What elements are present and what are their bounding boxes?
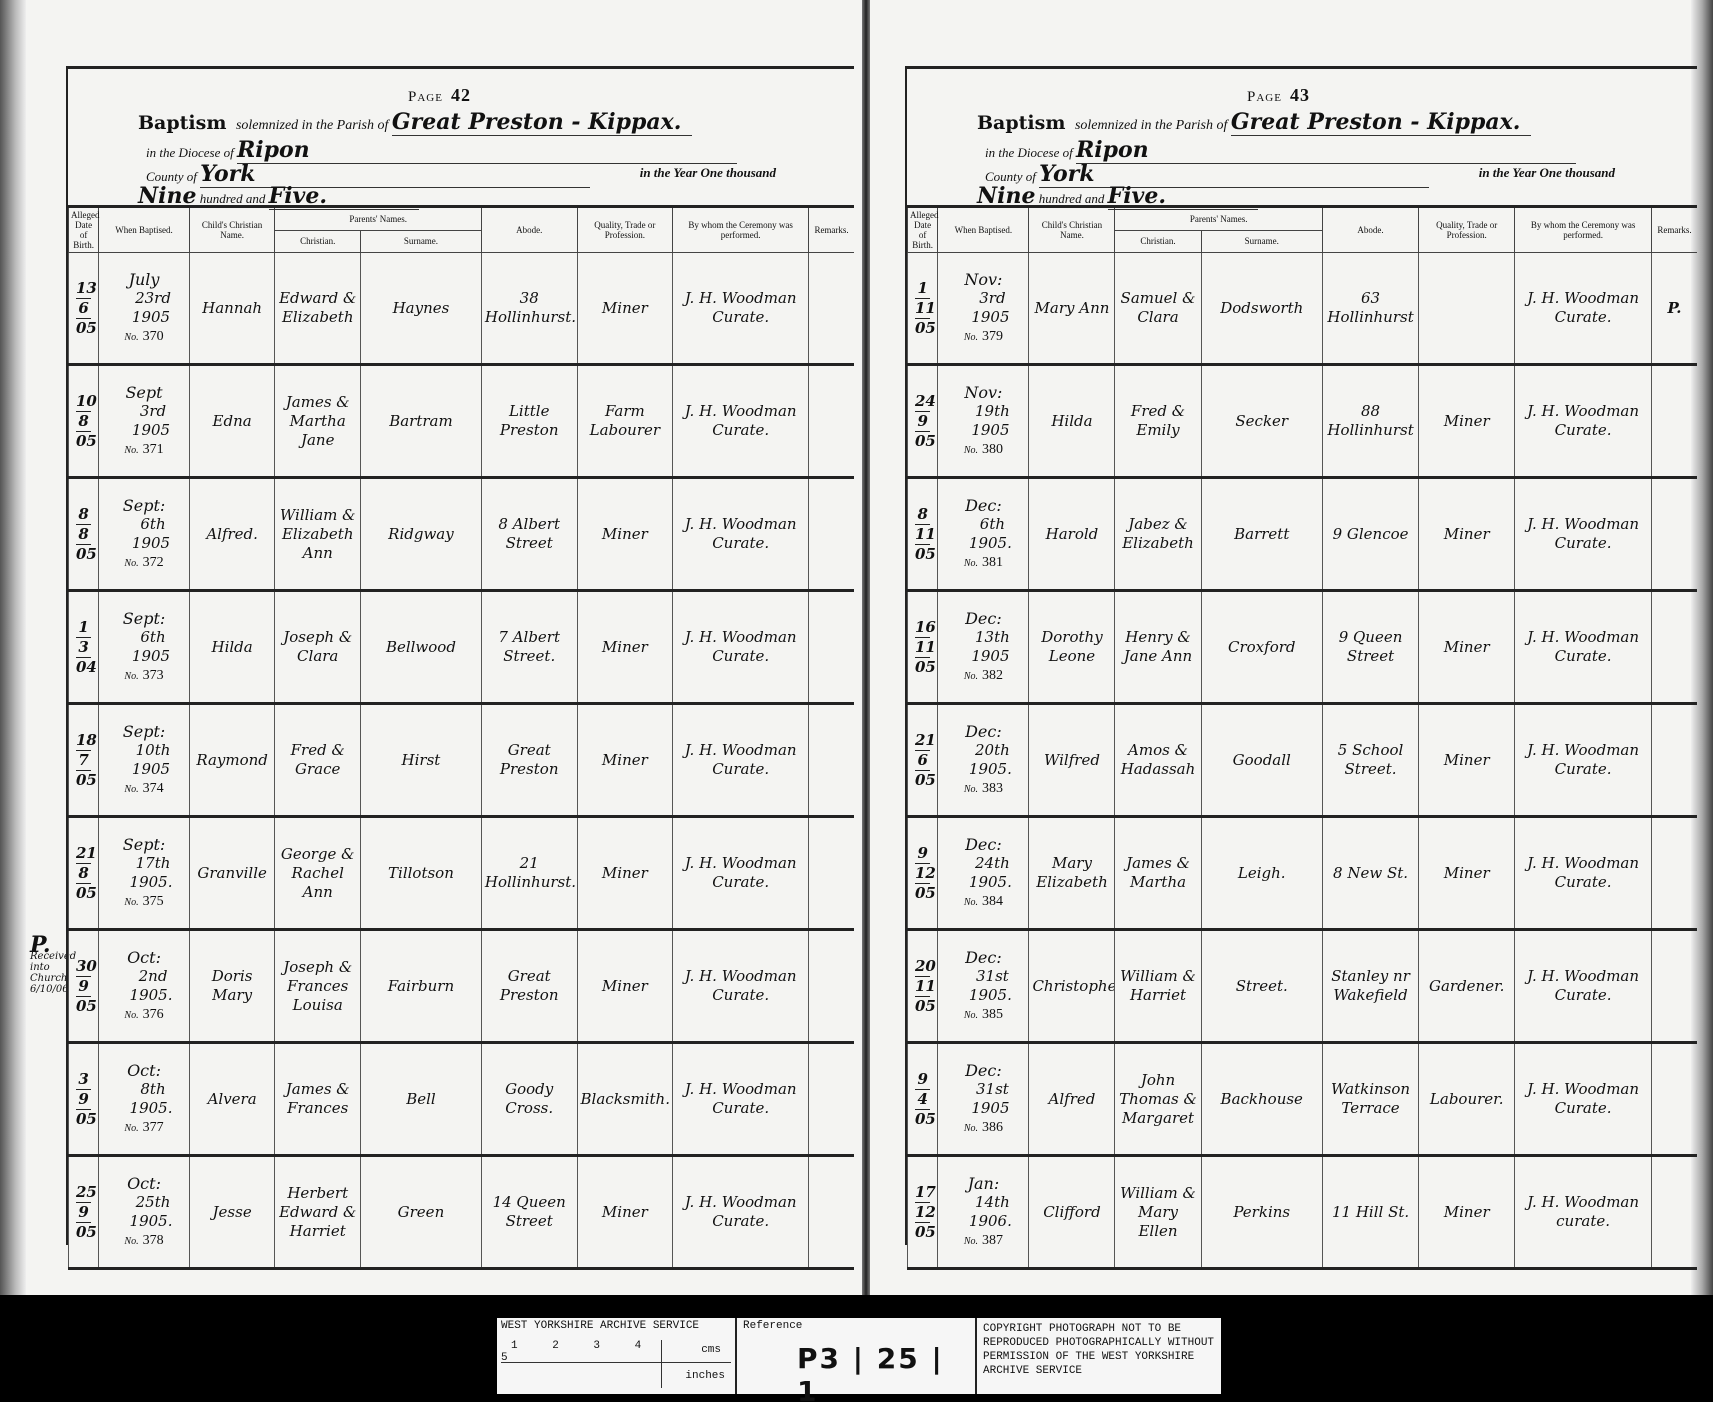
when-baptised-cell: Oct: 2nd 1905. No.376 bbox=[99, 930, 190, 1043]
entry-number-value: 377 bbox=[143, 1120, 164, 1135]
dob-cell: 1 3 04 bbox=[69, 591, 99, 704]
col-parents: Parents' Names. bbox=[275, 207, 481, 231]
book-gutter bbox=[862, 0, 870, 1295]
baptism-year: 1905 bbox=[102, 534, 186, 553]
diocese-value: Ripon bbox=[1076, 137, 1576, 164]
officiant-cell: J. H. Woodman Curate. bbox=[1515, 591, 1652, 704]
dob-year: 05 bbox=[915, 658, 930, 677]
abode-cell: 38 Hollinhurst. bbox=[481, 253, 577, 365]
entry-number: No.375 bbox=[102, 892, 186, 912]
table-row: 20 11 05 Dec: 31st 1905. No.385 Christop… bbox=[908, 930, 1698, 1043]
baptism-month: Sept: bbox=[102, 609, 186, 628]
abode-cell: Great Preston bbox=[481, 930, 577, 1043]
dob-cell: 20 11 05 bbox=[908, 930, 938, 1043]
baptism-day: 24th bbox=[941, 854, 1025, 873]
child-name-cell: Alvera bbox=[189, 1043, 275, 1156]
child-name-cell: Alfred bbox=[1029, 1043, 1115, 1156]
parents-christian-cell: George & Rachel Ann bbox=[275, 817, 361, 930]
baptism-day: 10th bbox=[102, 741, 186, 760]
dob-month: 3 bbox=[76, 638, 91, 658]
abode-cell: 8 New St. bbox=[1322, 817, 1418, 930]
trade-cell: Miner bbox=[1419, 1156, 1515, 1269]
entry-number-value: 372 bbox=[143, 555, 164, 570]
trade-cell: Miner bbox=[577, 253, 673, 365]
year-label: in the Year One thousand bbox=[1479, 165, 1615, 181]
surname-cell: Hirst bbox=[361, 704, 482, 817]
baptism-year: 1905. bbox=[102, 986, 186, 1005]
dob-day: 8 bbox=[76, 505, 91, 525]
child-name-cell: Jesse bbox=[189, 1156, 275, 1269]
col-surname: Surname. bbox=[1201, 230, 1322, 252]
parents-christian-cell: William & Elizabeth Ann bbox=[275, 478, 361, 591]
dob-year: 05 bbox=[915, 1110, 930, 1129]
dob-day: 30 bbox=[76, 957, 91, 977]
dob-month: 11 bbox=[915, 638, 930, 658]
dob-year: 05 bbox=[915, 884, 930, 903]
scale-ruler: 1 2 3 4 5 bbox=[501, 1340, 662, 1388]
remarks-cell bbox=[809, 1043, 854, 1156]
dob-day: 8 bbox=[915, 505, 930, 525]
officiant-cell: J. H. Woodman Curate. bbox=[1515, 930, 1652, 1043]
remarks-cell bbox=[1651, 1156, 1697, 1269]
parents-christian-cell: John Thomas & Margaret bbox=[1115, 1043, 1201, 1156]
dob-year: 05 bbox=[915, 771, 930, 790]
no-label: No. bbox=[964, 445, 978, 456]
dob-cell: 17 12 05 bbox=[908, 1156, 938, 1269]
dob-cell: 1 11 05 bbox=[908, 253, 938, 365]
parents-christian-cell: Fred & Emily bbox=[1115, 365, 1201, 478]
dob-year: 05 bbox=[76, 319, 91, 338]
reference-panel: Reference P3 | 25 | 1 bbox=[737, 1318, 977, 1394]
trade-cell bbox=[1419, 253, 1515, 365]
col-remarks: Remarks. bbox=[809, 207, 854, 253]
baptism-year: 1905. bbox=[102, 1212, 186, 1231]
table-row: 24 9 05 Nov: 19th 1905 No.380 Hilda Fred… bbox=[908, 365, 1698, 478]
table-row: 10 8 05 Sept 3rd 1905 No.371 Edna James … bbox=[69, 365, 855, 478]
parents-christian-cell: William & Mary Ellen bbox=[1115, 1156, 1201, 1269]
baptism-year: 1905 bbox=[102, 760, 186, 779]
child-name-cell: Hilda bbox=[189, 591, 275, 704]
col-abode: Abode. bbox=[1322, 207, 1418, 253]
baptism-year: 1905 bbox=[102, 308, 186, 327]
child-name-cell: Mary Ann bbox=[1029, 253, 1115, 365]
entry-number: No.372 bbox=[102, 553, 186, 573]
dob-day: 21 bbox=[76, 844, 91, 864]
trade-cell: Miner bbox=[577, 817, 673, 930]
child-name-cell: Wilfred bbox=[1029, 704, 1115, 817]
remarks-cell bbox=[809, 365, 854, 478]
officiant-cell: J. H. Woodman Curate. bbox=[673, 1156, 809, 1269]
remarks-cell bbox=[809, 478, 854, 591]
surname-cell: Haynes bbox=[361, 253, 482, 365]
col-parents: Parents' Names. bbox=[1115, 207, 1323, 231]
no-label: No. bbox=[124, 445, 138, 456]
dob-year: 05 bbox=[76, 1110, 91, 1129]
surname-cell: Bellwood bbox=[361, 591, 482, 704]
no-label: No. bbox=[124, 558, 138, 569]
surname-cell: Secker bbox=[1201, 365, 1322, 478]
trade-cell: Miner bbox=[1419, 704, 1515, 817]
dob-cell: 9 12 05 bbox=[908, 817, 938, 930]
col-christian: Christian. bbox=[275, 230, 361, 252]
dob-day: 18 bbox=[76, 731, 91, 751]
baptism-day: 3rd bbox=[102, 402, 186, 421]
year-hundreds: Nine bbox=[138, 183, 196, 209]
child-name-cell: Hilda bbox=[1029, 365, 1115, 478]
table-row: 21 8 05 Sept: 17th 1905. No.375 Granvill… bbox=[69, 817, 855, 930]
abode-cell: 21 Hollinhurst. bbox=[481, 817, 577, 930]
hundred-and-label: hundred and bbox=[1039, 191, 1105, 206]
dob-year: 05 bbox=[76, 771, 91, 790]
surname-cell: Croxford bbox=[1201, 591, 1322, 704]
entry-number: No.378 bbox=[102, 1231, 186, 1251]
dob-day: 1 bbox=[76, 618, 91, 638]
child-name-cell: Mary Elizabeth bbox=[1029, 817, 1115, 930]
baptism-month: Sept: bbox=[102, 835, 186, 854]
col-dob: Alleged Date of Birth. bbox=[69, 207, 99, 253]
when-baptised-cell: Dec: 6th 1905. No.381 bbox=[938, 478, 1029, 591]
remarks-cell bbox=[809, 930, 854, 1043]
surname-cell: Street. bbox=[1201, 930, 1322, 1043]
baptism-month: Jan: bbox=[941, 1174, 1025, 1193]
when-baptised-cell: Dec: 31st 1905. No.385 bbox=[938, 930, 1029, 1043]
archive-scale-panel: WEST YORKSHIRE ARCHIVE SERVICE 1 2 3 4 5… bbox=[497, 1318, 737, 1394]
entry-number: No.374 bbox=[102, 779, 186, 799]
baptism-day: 2nd bbox=[102, 967, 186, 986]
trade-cell: Miner bbox=[577, 930, 673, 1043]
dob-month: 11 bbox=[915, 525, 930, 545]
officiant-cell: J. H. Woodman Curate. bbox=[1515, 365, 1652, 478]
officiant-cell: J. H. Woodman Curate. bbox=[1515, 1043, 1652, 1156]
abode-cell: Stanley nr Wakefield bbox=[1322, 930, 1418, 1043]
trade-cell: Blacksmith. bbox=[577, 1043, 673, 1156]
abode-cell: 7 Albert Street. bbox=[481, 591, 577, 704]
dob-year: 05 bbox=[76, 545, 91, 564]
abode-cell: 88 Hollinhurst bbox=[1322, 365, 1418, 478]
baptism-day: 13th bbox=[941, 628, 1025, 647]
table-row: 9 4 05 Dec: 31st 1905 No.386 Alfred John… bbox=[908, 1043, 1698, 1156]
remarks-cell bbox=[809, 1156, 854, 1269]
table-row: 21 6 05 Dec: 20th 1905. No.383 Wilfred A… bbox=[908, 704, 1698, 817]
entry-number: No.370 bbox=[102, 327, 186, 347]
copyright-notice: COPYRIGHT PHOTOGRAPH NOT TO BE REPRODUCE… bbox=[977, 1318, 1221, 1394]
diocese-line: in the Diocese of Ripon bbox=[985, 137, 1576, 164]
scale-divider bbox=[501, 1362, 731, 1363]
baptism-month: Oct: bbox=[102, 1174, 186, 1193]
baptism-month: Oct: bbox=[102, 948, 186, 967]
dob-day: 10 bbox=[76, 392, 91, 412]
baptism-year: 1905. bbox=[102, 1099, 186, 1118]
parents-christian-cell: Herbert Edward & Harriet bbox=[275, 1156, 361, 1269]
abode-cell: Watkinson Terrace bbox=[1322, 1043, 1418, 1156]
baptism-day: 19th bbox=[941, 402, 1025, 421]
dob-year: 05 bbox=[76, 1223, 91, 1242]
baptism-year: 1905 bbox=[102, 647, 186, 666]
dob-day: 9 bbox=[915, 1070, 930, 1090]
officiant-cell: J. H. Woodman Curate. bbox=[1515, 704, 1652, 817]
abode-cell: 11 Hill St. bbox=[1322, 1156, 1418, 1269]
dob-month: 6 bbox=[915, 751, 930, 771]
scale-ticks: 1 2 3 4 5 bbox=[501, 1340, 655, 1364]
baptism-year: 1905. bbox=[941, 986, 1025, 1005]
baptism-month: Oct: bbox=[102, 1061, 186, 1080]
baptism-year: 1905 bbox=[941, 308, 1025, 327]
page-number-value: 42 bbox=[451, 85, 471, 105]
table-row: 17 12 05 Jan: 14th 1906. No.387 Clifford… bbox=[908, 1156, 1698, 1269]
surname-cell: Bartram bbox=[361, 365, 482, 478]
baptism-month: Dec: bbox=[941, 609, 1025, 628]
diocese-label: in the Diocese of bbox=[985, 145, 1073, 160]
entry-number: No.377 bbox=[102, 1118, 186, 1138]
remarks-cell bbox=[809, 704, 854, 817]
remarks-cell bbox=[1651, 591, 1697, 704]
remarks-cell: P. bbox=[1651, 253, 1697, 365]
parents-christian-cell: Jabez & Elizabeth bbox=[1115, 478, 1201, 591]
officiant-cell: J. H. Woodman Curate. bbox=[1515, 253, 1652, 365]
trade-cell: Miner bbox=[577, 591, 673, 704]
when-baptised-cell: Dec: 20th 1905. No.383 bbox=[938, 704, 1029, 817]
surname-cell: Fairburn bbox=[361, 930, 482, 1043]
dob-day: 24 bbox=[915, 392, 930, 412]
year-units: Five. bbox=[1108, 183, 1258, 210]
table-row: 25 9 05 Oct: 25th 1905. No.378 Jesse Her… bbox=[69, 1156, 855, 1269]
officiant-cell: J. H. Woodman Curate. bbox=[673, 1043, 809, 1156]
dob-cell: 13 6 05 bbox=[69, 253, 99, 365]
no-label: No. bbox=[964, 1010, 978, 1021]
col-by-whom: By whom the Ceremony was performed. bbox=[1515, 207, 1652, 253]
child-name-cell: Doris Mary bbox=[189, 930, 275, 1043]
remarks-cell bbox=[809, 253, 854, 365]
entry-number-value: 381 bbox=[982, 555, 1003, 570]
parish-value: Great Preston - Kippax. bbox=[392, 109, 692, 136]
parents-christian-cell: James & Martha Jane bbox=[275, 365, 361, 478]
baptism-day: 17th bbox=[102, 854, 186, 873]
baptism-day: 25th bbox=[102, 1193, 186, 1212]
when-baptised-cell: Oct: 8th 1905. No.377 bbox=[99, 1043, 190, 1156]
dob-month: 9 bbox=[76, 977, 91, 997]
when-baptised-cell: Sept: 10th 1905 No.374 bbox=[99, 704, 190, 817]
dob-year: 05 bbox=[76, 432, 91, 451]
baptism-year: 1906. bbox=[941, 1212, 1025, 1231]
trade-cell: Miner bbox=[577, 704, 673, 817]
table-row: 1 3 04 Sept: 6th 1905 No.373 Hilda Josep… bbox=[69, 591, 855, 704]
remarks-cell bbox=[1651, 704, 1697, 817]
col-surname: Surname. bbox=[361, 230, 482, 252]
no-label: No. bbox=[124, 1236, 138, 1247]
col-christian: Christian. bbox=[1115, 230, 1201, 252]
col-when: When Baptised. bbox=[99, 207, 190, 253]
trade-cell: Miner bbox=[1419, 817, 1515, 930]
trade-cell: Miner bbox=[577, 478, 673, 591]
surname-cell: Backhouse bbox=[1201, 1043, 1322, 1156]
county-label: County of bbox=[146, 169, 197, 184]
no-label: No. bbox=[124, 671, 138, 682]
entry-number: No.380 bbox=[941, 440, 1025, 460]
officiant-cell: J. H. Woodman Curate. bbox=[673, 704, 809, 817]
margin-mark: P. bbox=[30, 940, 70, 951]
entry-number-value: 387 bbox=[982, 1233, 1003, 1248]
scale-cms-label: cms bbox=[701, 1344, 721, 1356]
abode-cell: 9 Glencoe bbox=[1322, 478, 1418, 591]
dob-cell: 16 11 05 bbox=[908, 591, 938, 704]
entry-number: No.384 bbox=[941, 892, 1025, 912]
dob-year: 05 bbox=[915, 319, 930, 338]
parents-christian-cell: James & Martha bbox=[1115, 817, 1201, 930]
dob-month: 7 bbox=[76, 751, 91, 771]
baptism-year: 1905. bbox=[941, 760, 1025, 779]
baptism-day: 31st bbox=[941, 1080, 1025, 1099]
when-baptised-cell: July 23rd 1905 No.370 bbox=[99, 253, 190, 365]
entry-number-value: 376 bbox=[143, 1007, 164, 1022]
parents-christian-cell: Joseph & Clara bbox=[275, 591, 361, 704]
year-hundreds: Nine bbox=[977, 183, 1035, 209]
baptism-table: Alleged Date of Birth. When Baptised. Ch… bbox=[907, 205, 1697, 1270]
table-row: 1 11 05 Nov: 3rd 1905 No.379 Mary Ann Sa… bbox=[908, 253, 1698, 365]
surname-cell: Goodall bbox=[1201, 704, 1322, 817]
trade-cell: Miner bbox=[1419, 478, 1515, 591]
col-dob: Alleged Date of Birth. bbox=[908, 207, 938, 253]
entry-number: No.387 bbox=[941, 1231, 1025, 1251]
dob-cell: 30 9 05 bbox=[69, 930, 99, 1043]
baptism-month: Dec: bbox=[941, 948, 1025, 967]
dob-year: 05 bbox=[915, 432, 930, 451]
dob-day: 1 bbox=[915, 279, 930, 299]
dob-cell: 21 6 05 bbox=[908, 704, 938, 817]
dob-month: 12 bbox=[915, 864, 930, 884]
no-label: No. bbox=[124, 897, 138, 908]
table-row: 3 9 05 Oct: 8th 1905. No.377 Alvera Jame… bbox=[69, 1043, 855, 1156]
entry-number: No.385 bbox=[941, 1005, 1025, 1025]
when-baptised-cell: Sept 3rd 1905 No.371 bbox=[99, 365, 190, 478]
baptism-year: 1905. bbox=[941, 873, 1025, 892]
margin-note: P. Received into Church 6/10/06 bbox=[30, 940, 70, 995]
officiant-cell: J. H. Woodman Curate. bbox=[1515, 817, 1652, 930]
baptism-month: July bbox=[102, 270, 186, 289]
child-name-cell: Dorothy Leone bbox=[1029, 591, 1115, 704]
county-label: County of bbox=[985, 169, 1036, 184]
parents-christian-cell: Amos & Hadassah bbox=[1115, 704, 1201, 817]
baptism-month: Nov: bbox=[941, 270, 1025, 289]
no-label: No. bbox=[964, 1123, 978, 1134]
archive-name: WEST YORKSHIRE ARCHIVE SERVICE bbox=[501, 1320, 731, 1332]
entry-number: No.373 bbox=[102, 666, 186, 686]
page-header: Page43 Baptism solemnized in the Parish … bbox=[907, 69, 1697, 205]
no-label: No. bbox=[124, 332, 138, 343]
when-baptised-cell: Nov: 19th 1905 No.380 bbox=[938, 365, 1029, 478]
surname-cell: Ridgway bbox=[361, 478, 482, 591]
no-label: No. bbox=[964, 1236, 978, 1247]
dob-day: 20 bbox=[915, 957, 930, 977]
baptism-day: 3rd bbox=[941, 289, 1025, 308]
trade-cell: Labourer. bbox=[1419, 1043, 1515, 1156]
parents-christian-cell: Edward & Elizabeth bbox=[275, 253, 361, 365]
child-name-cell: Christopher bbox=[1029, 930, 1115, 1043]
officiant-cell: J. H. Woodman curate. bbox=[1515, 1156, 1652, 1269]
entry-number-value: 373 bbox=[143, 668, 164, 683]
solemnized-label: solemnized in the Parish of bbox=[236, 118, 388, 133]
when-baptised-cell: Dec: 31st 1905 No.386 bbox=[938, 1043, 1029, 1156]
baptism-day: 6th bbox=[941, 515, 1025, 534]
book-edge-left bbox=[0, 0, 26, 1295]
dob-day: 21 bbox=[915, 731, 930, 751]
no-label: No. bbox=[964, 784, 978, 795]
baptism-year: 1905 bbox=[941, 1099, 1025, 1118]
officiant-cell: J. H. Woodman Curate. bbox=[673, 478, 809, 591]
when-baptised-cell: Jan: 14th 1906. No.387 bbox=[938, 1156, 1029, 1269]
remarks-cell bbox=[1651, 817, 1697, 930]
col-by-whom: By whom the Ceremony was performed. bbox=[673, 207, 809, 253]
baptism-table: Alleged Date of Birth. When Baptised. Ch… bbox=[68, 205, 854, 1270]
baptism-day: 6th bbox=[102, 515, 186, 534]
scale-inches-label: inches bbox=[685, 1370, 725, 1382]
table-row: 8 8 05 Sept: 6th 1905 No.372 Alfred. Wil… bbox=[69, 478, 855, 591]
officiant-cell: J. H. Woodman Curate. bbox=[673, 591, 809, 704]
year-units: Five. bbox=[269, 183, 419, 210]
baptism-year: 1905. bbox=[102, 873, 186, 892]
solemnized-label: solemnized in the Parish of bbox=[1075, 118, 1227, 133]
entry-number-value: 370 bbox=[143, 329, 164, 344]
baptism-month: Sept: bbox=[102, 496, 186, 515]
baptism-year: 1905 bbox=[941, 421, 1025, 440]
remarks-cell bbox=[1651, 1043, 1697, 1156]
when-baptised-cell: Dec: 13th 1905 No.382 bbox=[938, 591, 1029, 704]
dob-year: 05 bbox=[915, 1223, 930, 1242]
year-line: Nine hundred and Five. bbox=[977, 183, 1258, 210]
entry-number-value: 375 bbox=[143, 894, 164, 909]
child-name-cell: Raymond bbox=[189, 704, 275, 817]
child-name-cell: Granville bbox=[189, 817, 275, 930]
diocese-label: in the Diocese of bbox=[146, 145, 234, 160]
officiant-cell: J. H. Woodman Curate. bbox=[673, 365, 809, 478]
entry-number-value: 382 bbox=[982, 668, 1003, 683]
officiant-cell: J. H. Woodman Curate. bbox=[673, 930, 809, 1043]
col-child: Child's Christian Name. bbox=[1029, 207, 1115, 253]
dob-month: 11 bbox=[915, 977, 930, 997]
register-spread: P. Received into Church 6/10/06 Page42 B… bbox=[0, 0, 1713, 1295]
title-baptism: Baptism bbox=[138, 112, 226, 134]
baptism-month: Dec: bbox=[941, 722, 1025, 741]
hundred-and-label: hundred and bbox=[200, 191, 266, 206]
entry-number: No.376 bbox=[102, 1005, 186, 1025]
col-abode: Abode. bbox=[481, 207, 577, 253]
entry-number: No.381 bbox=[941, 553, 1025, 573]
entry-number-value: 379 bbox=[982, 329, 1003, 344]
when-baptised-cell: Nov: 3rd 1905 No.379 bbox=[938, 253, 1029, 365]
trade-cell: Miner bbox=[1419, 591, 1515, 704]
no-label: No. bbox=[964, 332, 978, 343]
child-name-cell: Harold bbox=[1029, 478, 1115, 591]
dob-cell: 3 9 05 bbox=[69, 1043, 99, 1156]
baptism-year: 1905. bbox=[941, 534, 1025, 553]
entry-number-value: 378 bbox=[143, 1233, 164, 1248]
col-when: When Baptised. bbox=[938, 207, 1029, 253]
parish-value: Great Preston - Kippax. bbox=[1231, 109, 1531, 136]
dob-day: 13 bbox=[76, 279, 91, 299]
year-label: in the Year One thousand bbox=[640, 165, 776, 181]
no-label: No. bbox=[124, 1010, 138, 1021]
no-label: No. bbox=[964, 897, 978, 908]
entry-number-value: 385 bbox=[982, 1007, 1003, 1022]
trade-cell: Gardener. bbox=[1419, 930, 1515, 1043]
abode-cell: Goody Cross. bbox=[481, 1043, 577, 1156]
baptism-day: 14th bbox=[941, 1193, 1025, 1212]
trade-cell: Farm Labourer bbox=[577, 365, 673, 478]
entry-number: No.371 bbox=[102, 440, 186, 460]
baptism-month: Sept: bbox=[102, 722, 186, 741]
surname-cell: Bell bbox=[361, 1043, 482, 1156]
reference-label: Reference bbox=[743, 1320, 969, 1332]
baptism-day: 23rd bbox=[102, 289, 186, 308]
